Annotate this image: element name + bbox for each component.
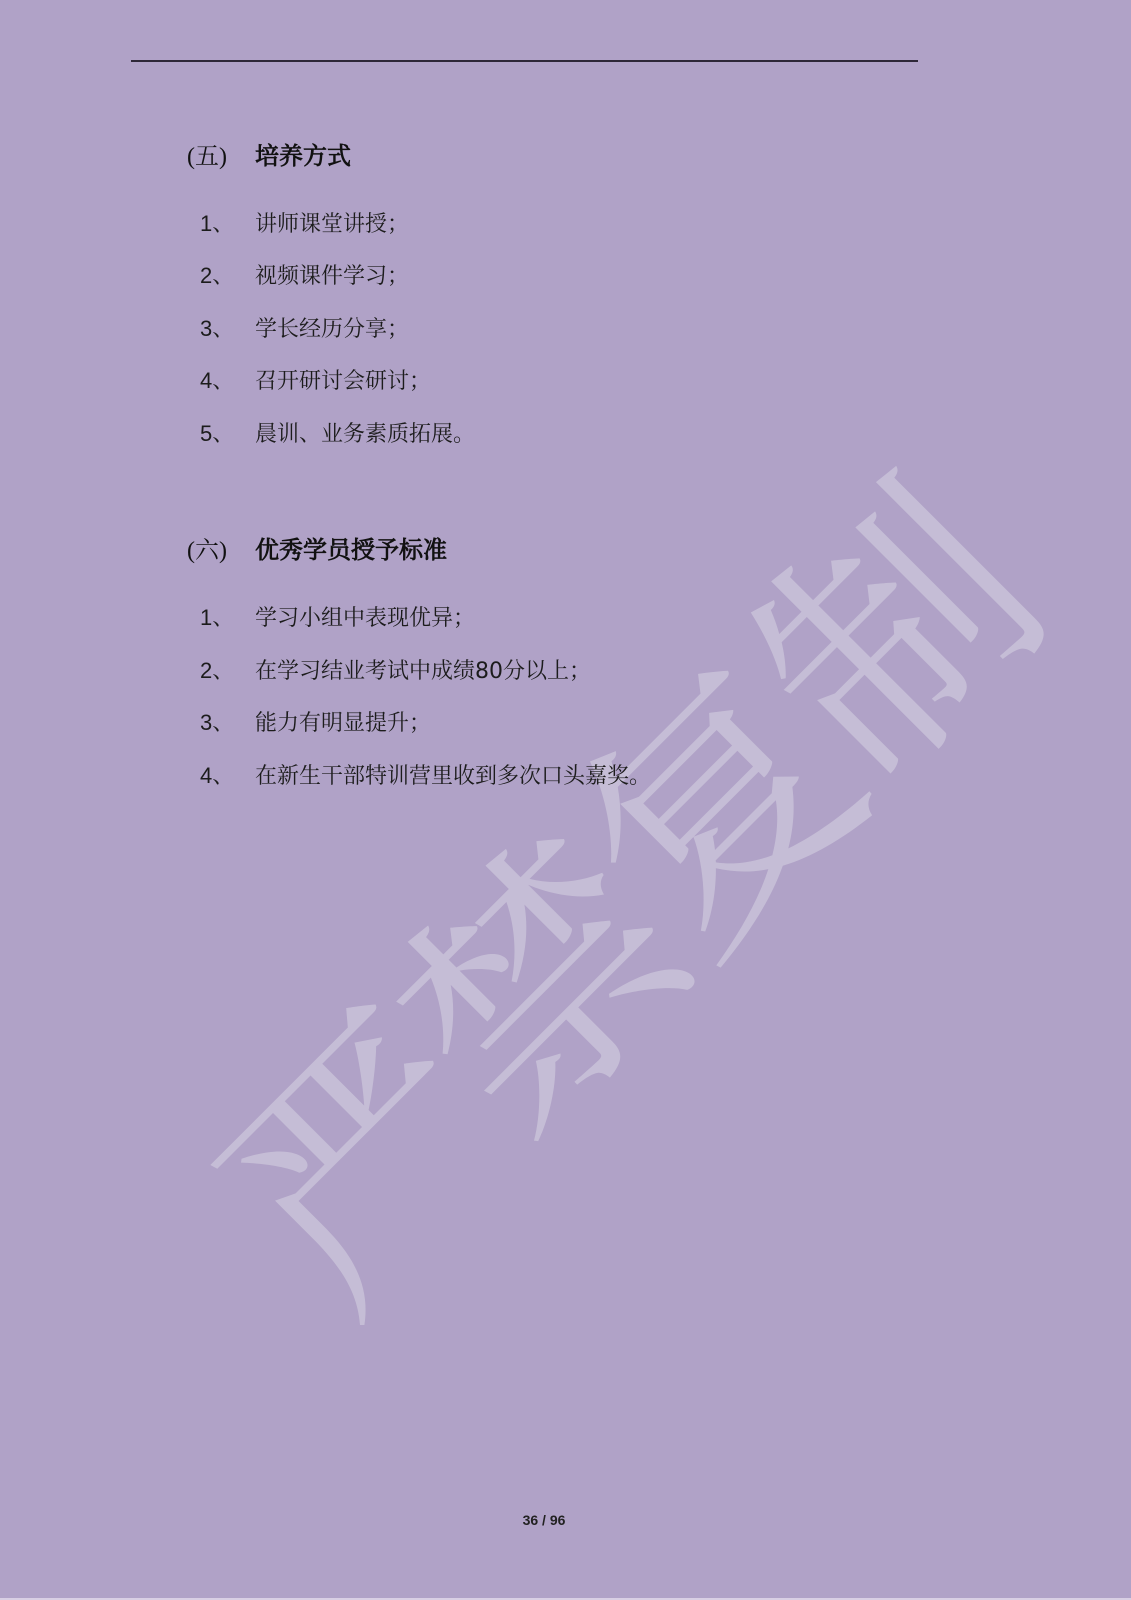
list-index: 5、 [200, 417, 255, 448]
list-text: 召开研讨会研讨； [255, 369, 431, 394]
list-item: 2、视频课件学习； [200, 259, 409, 290]
list-item: 3、能力有明显提升； [200, 706, 431, 737]
page-number: 36 / 96 [0, 1512, 1088, 1528]
list-index: 3、 [200, 312, 255, 343]
list-index: 3、 [200, 706, 255, 737]
section-number: (六) [187, 530, 255, 565]
list-text: 在新生干部特训营里收到多次口头嘉奖。 [255, 764, 651, 789]
list-item: 2、在学习结业考试中成绩80分以上； [200, 654, 591, 685]
list-index: 4、 [200, 364, 255, 395]
list-item: 4、在新生干部特训营里收到多次口头嘉奖。 [200, 759, 651, 790]
list-text: 讲师课堂讲授； [255, 212, 409, 237]
section-title: 培养方式 [255, 142, 351, 170]
section-heading-6: (六)优秀学员授予标准 [187, 530, 447, 565]
list-item: 1、学习小组中表现优异； [200, 601, 475, 632]
section-title: 优秀学员授予标准 [255, 536, 447, 564]
list-item: 5、晨训、业务素质拓展。 [200, 417, 475, 448]
list-index: 2、 [200, 259, 255, 290]
list-text: 学习小组中表现优异； [255, 606, 475, 631]
list-index: 2、 [200, 654, 255, 685]
list-index: 1、 [200, 207, 255, 238]
list-text: 视频课件学习； [255, 264, 409, 289]
list-text: 晨训、业务素质拓展。 [255, 422, 475, 447]
list-item: 4、召开研讨会研讨； [200, 364, 431, 395]
list-text: 能力有明显提升； [255, 711, 431, 736]
watermark: 严禁复制 [77, 348, 1131, 1425]
section-number: (五) [187, 136, 255, 171]
list-item: 1、讲师课堂讲授； [200, 207, 409, 238]
section-heading-5: (五)培养方式 [187, 136, 351, 171]
list-index: 1、 [200, 601, 255, 632]
list-text: 在学习结业考试中成绩80分以上； [255, 659, 591, 684]
list-index: 4、 [200, 759, 255, 790]
header-rule [131, 60, 918, 62]
list-text: 学长经历分享； [255, 317, 409, 342]
list-item: 3、学长经历分享； [200, 312, 409, 343]
